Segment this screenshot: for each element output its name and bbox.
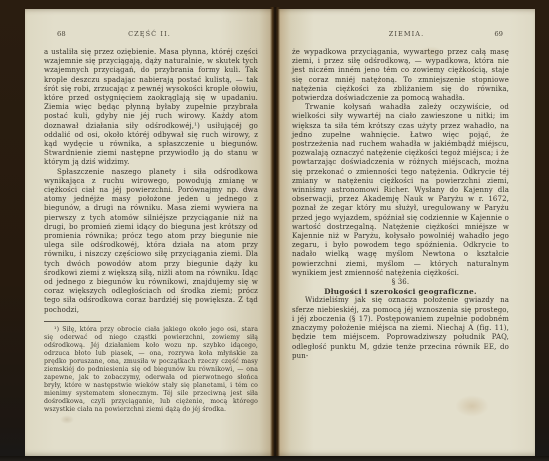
footnote-text: ¹) Siłę, która przy obrocie ciała jakieg… — [44, 326, 258, 414]
left-running-header: CZĘŚĆ II. — [25, 30, 274, 38]
left-paragraph-1: a ustaliła się przez oziębienie. Masa pł… — [44, 48, 258, 168]
right-page: ZIEMIA. 69 że wypadkowa przyciągania, wy… — [278, 9, 535, 456]
right-page-number: 69 — [494, 30, 503, 38]
right-paragraph-2: Trwanie kołysań wahadła zależy oczywiści… — [292, 103, 509, 278]
right-running-header-row: ZIEMIA. 69 — [278, 30, 535, 40]
book-scan: 68 CZĘŚĆ II. a ustaliła się przez oziębi… — [0, 0, 549, 461]
left-text-column: a ustaliła się przez oziębienie. Masa pł… — [44, 48, 258, 315]
left-running-header-row: 68 CZĘŚĆ II. — [25, 30, 274, 40]
section-heading: Długości i szerokości geograficzne. — [292, 287, 509, 296]
book-gutter-shadow — [270, 7, 280, 458]
footnote-separator-rule — [44, 321, 101, 322]
right-text-column: że wypadkowa przyciągania, wywartego prz… — [292, 48, 509, 361]
right-paragraph-1: że wypadkowa przyciągania, wywartego prz… — [292, 48, 509, 103]
footnote-block: ¹) Siłę, która przy obrocie ciała jakieg… — [44, 326, 258, 414]
right-paragraph-3: Widzieliśmy jak się oznacza położenie gw… — [292, 296, 509, 360]
left-page: 68 CZĘŚĆ II. a ustaliła się przez oziębi… — [25, 9, 274, 456]
left-paragraph-2: Spłaszczenie naszego planety i siła odśr… — [44, 168, 258, 315]
scan-bottom-edge — [0, 456, 549, 461]
section-number: § 36. — [292, 278, 509, 287]
